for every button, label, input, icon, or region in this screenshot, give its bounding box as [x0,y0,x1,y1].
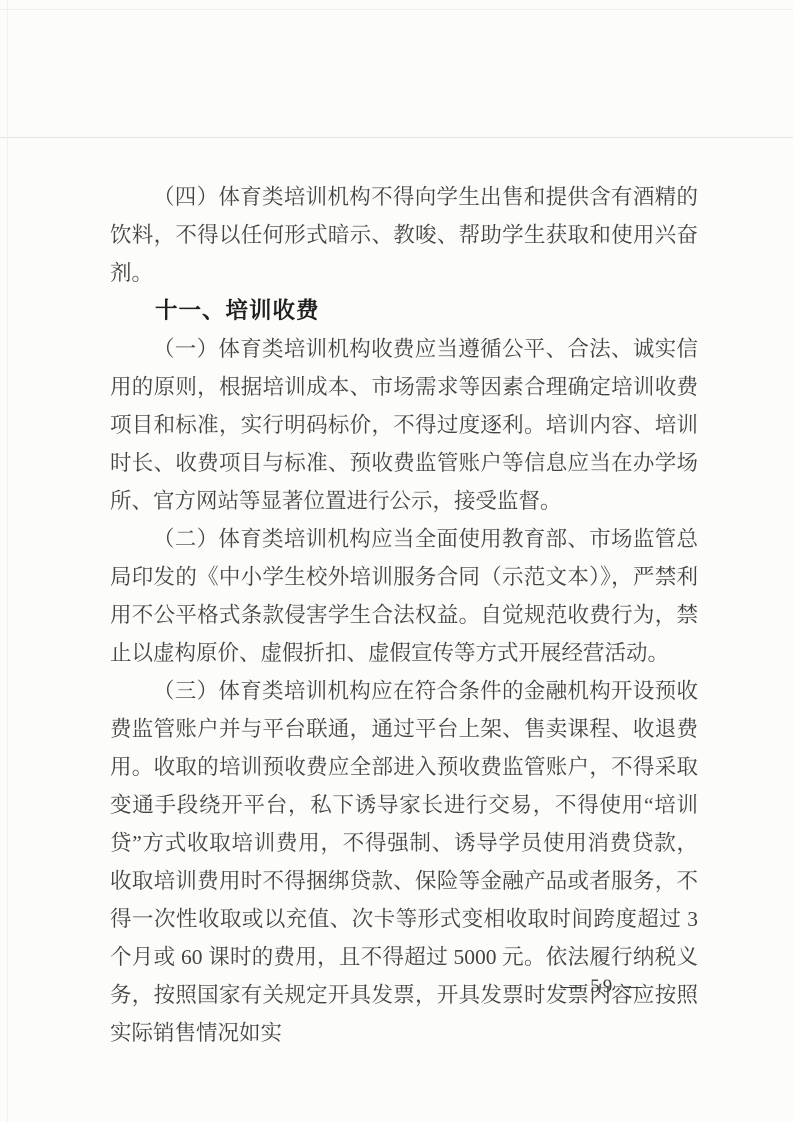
scan-artifact-line [0,137,793,138]
scan-edge-vertical-line [7,0,8,1122]
section-heading-training-fees: 十一、培训收费 [110,292,698,330]
paragraph-item-two: （二）体育类培训机构应当全面使用教育部、市场监管总局印发的《中小学生校外培训服务… [110,520,698,672]
scan-edge-line [0,9,793,10]
document-page: （四）体育类培训机构不得向学生出售和提供含有酒精的饮料，不得以任何形式暗示、教唆… [0,0,793,1122]
paragraph-item-one: （一）体育类培训机构收费应当遵循公平、合法、诚实信用的原则，根据培训成本、市场需… [110,330,698,520]
document-body: （四）体育类培训机构不得向学生出售和提供含有酒精的饮料，不得以任何形式暗示、教唆… [110,178,698,1052]
page-number: — 59 — [561,975,646,999]
paragraph-item-four: （四）体育类培训机构不得向学生出售和提供含有酒精的饮料，不得以任何形式暗示、教唆… [110,178,698,292]
